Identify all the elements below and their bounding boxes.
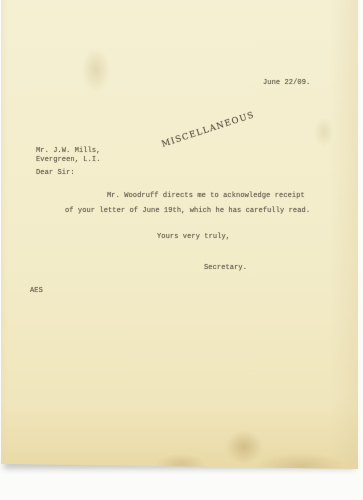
scanned-letter-page: June 22/09. MISCELLANEOUS Mr. J.W. Mills… — [0, 0, 363, 500]
letter-paper: June 22/09. MISCELLANEOUS Mr. J.W. Mills… — [1, 0, 358, 469]
recipient-address: Evergreen, L.I. — [36, 156, 101, 165]
body-line-2: of your letter of June 19th, which he ha… — [65, 207, 310, 216]
letter-date: June 22/09. — [263, 79, 310, 88]
typist-initials: AES — [30, 287, 43, 296]
miscellaneous-stamp: MISCELLANEOUS — [160, 110, 256, 150]
recipient-name: Mr. J.W. Mills, — [36, 147, 101, 156]
salutation: Dear Sir: — [36, 169, 75, 178]
closing-phrase: Yours very truly, — [157, 233, 230, 242]
body-line-1: Mr. Woodruff directs me to acknowledge r… — [107, 192, 305, 201]
signer-title: Secretary. — [204, 264, 247, 273]
